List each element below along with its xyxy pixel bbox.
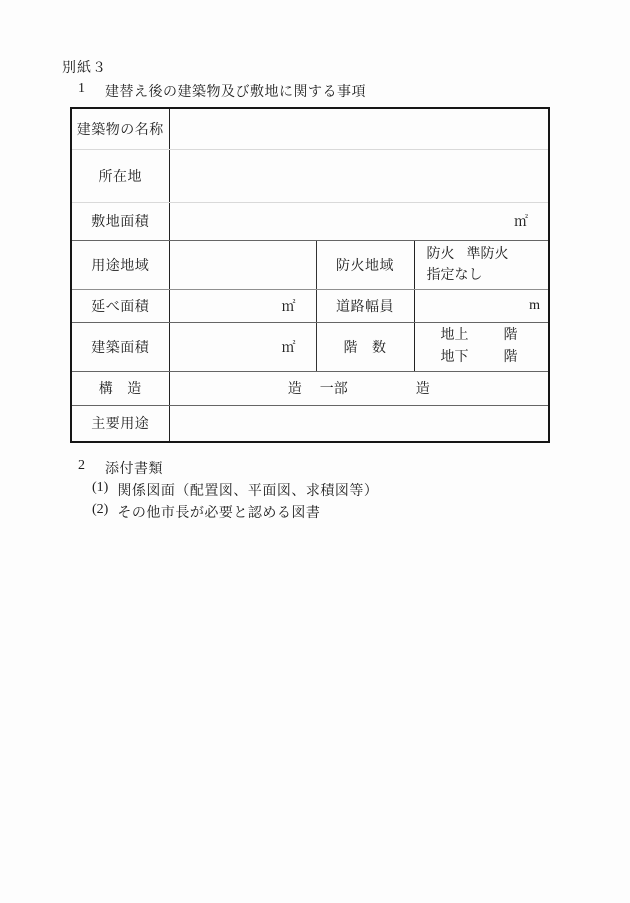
- road-width-label: 道路幅員: [316, 289, 414, 322]
- attachment-item-1: (1) 関係図面（配置図、平面図、求積図等）: [92, 480, 378, 500]
- total-floor-area-unit: ㎡: [282, 300, 296, 315]
- fire-district-options: 防火準防火 指定なし: [414, 240, 549, 289]
- road-width-unit: m: [529, 298, 540, 313]
- location-row: 所在地: [71, 149, 549, 202]
- structure-value-zou2: 造: [416, 382, 430, 397]
- site-area-unit: ㎡: [514, 215, 528, 230]
- building-name-field: [169, 108, 549, 149]
- building-name-label: 建築物の名称: [71, 108, 169, 149]
- use-district-field: [169, 240, 316, 289]
- attachment-item-1-text: 関係図面（配置図、平面図、求積図等）: [117, 480, 378, 500]
- structure-label: 構造: [71, 371, 169, 405]
- attachment-item-2-number: (2): [92, 502, 108, 522]
- building-area-field: ㎡: [169, 322, 316, 371]
- building-area-row: 建築面積 ㎡ 階数 地上階 地下階: [71, 322, 549, 371]
- section2-title: 添付書類: [105, 458, 163, 478]
- building-area-label: 建築面積: [71, 322, 169, 371]
- section1-title: 建替え後の建築物及び敷地に関する事項: [105, 81, 366, 101]
- floors-below-line: 地下階: [441, 347, 549, 369]
- structure-value-ichibu: 一部: [320, 382, 348, 397]
- attachment-item-1-number: (1): [92, 480, 108, 500]
- site-area-field: ㎡: [169, 202, 549, 240]
- building-area-unit: ㎡: [282, 341, 296, 356]
- section1-heading: 1 建替え後の建築物及び敷地に関する事項: [78, 81, 366, 101]
- main-use-row: 主要用途: [71, 405, 549, 442]
- location-field: [169, 149, 549, 202]
- section2-number: 2: [78, 458, 85, 478]
- floors-label-su: 数: [372, 341, 387, 356]
- floors-label: 階数: [316, 322, 414, 371]
- fire-options-line1: 防火準防火: [427, 244, 549, 265]
- use-district-label: 用途地域: [71, 240, 169, 289]
- fire-district-label: 防火地域: [316, 240, 414, 289]
- structure-label-kou: 構: [99, 382, 114, 397]
- use-district-row: 用途地域 防火地域 防火準防火 指定なし: [71, 240, 549, 289]
- total-floor-area-row: 延べ面積 ㎡ 道路幅員 m: [71, 289, 549, 322]
- section1-number: 1: [78, 81, 85, 101]
- total-floor-area-field: ㎡: [169, 289, 316, 322]
- fire-option-boka: 防火: [427, 247, 455, 262]
- floors-above-line: 地上階: [441, 325, 549, 347]
- section2-heading: 2 添付書類: [78, 458, 163, 478]
- attachment-item-2-text: その他市長が必要と認める図書: [117, 502, 320, 522]
- floors-below-label: 地下: [441, 350, 469, 365]
- floors-above-label: 地上: [441, 328, 469, 343]
- attachment-item-2: (2) その他市長が必要と認める図書: [92, 502, 320, 522]
- site-area-row: 敷地面積 ㎡: [71, 202, 549, 240]
- building-name-row: 建築物の名称: [71, 108, 549, 149]
- floors-below-unit: 階: [504, 350, 518, 365]
- structure-row: 構造 造一部造: [71, 371, 549, 405]
- fire-option-jun-boka: 準防火: [467, 247, 509, 262]
- floors-above-unit: 階: [504, 328, 518, 343]
- main-use-label: 主要用途: [71, 405, 169, 442]
- building-info-table: 建築物の名称 所在地 敷地面積 ㎡ 用途地域 防火地域 防火準防火 指定なし 延…: [70, 107, 550, 443]
- road-width-field: m: [414, 289, 549, 322]
- structure-field: 造一部造: [169, 371, 549, 405]
- attachment-label: 別紙３: [62, 57, 107, 77]
- document-page: 別紙３ 1 建替え後の建築物及び敷地に関する事項 建築物の名称 所在地 敷地面積…: [0, 0, 630, 903]
- structure-value-zou1: 造: [288, 382, 302, 397]
- location-label: 所在地: [71, 149, 169, 202]
- main-use-field: [169, 405, 549, 442]
- structure-label-zou: 造: [127, 382, 142, 397]
- site-area-label: 敷地面積: [71, 202, 169, 240]
- total-floor-area-label: 延べ面積: [71, 289, 169, 322]
- fire-option-none: 指定なし: [427, 268, 483, 283]
- floors-field: 地上階 地下階: [414, 322, 549, 371]
- floors-label-kai: 階: [344, 341, 359, 356]
- fire-options-line2: 指定なし: [427, 265, 549, 286]
